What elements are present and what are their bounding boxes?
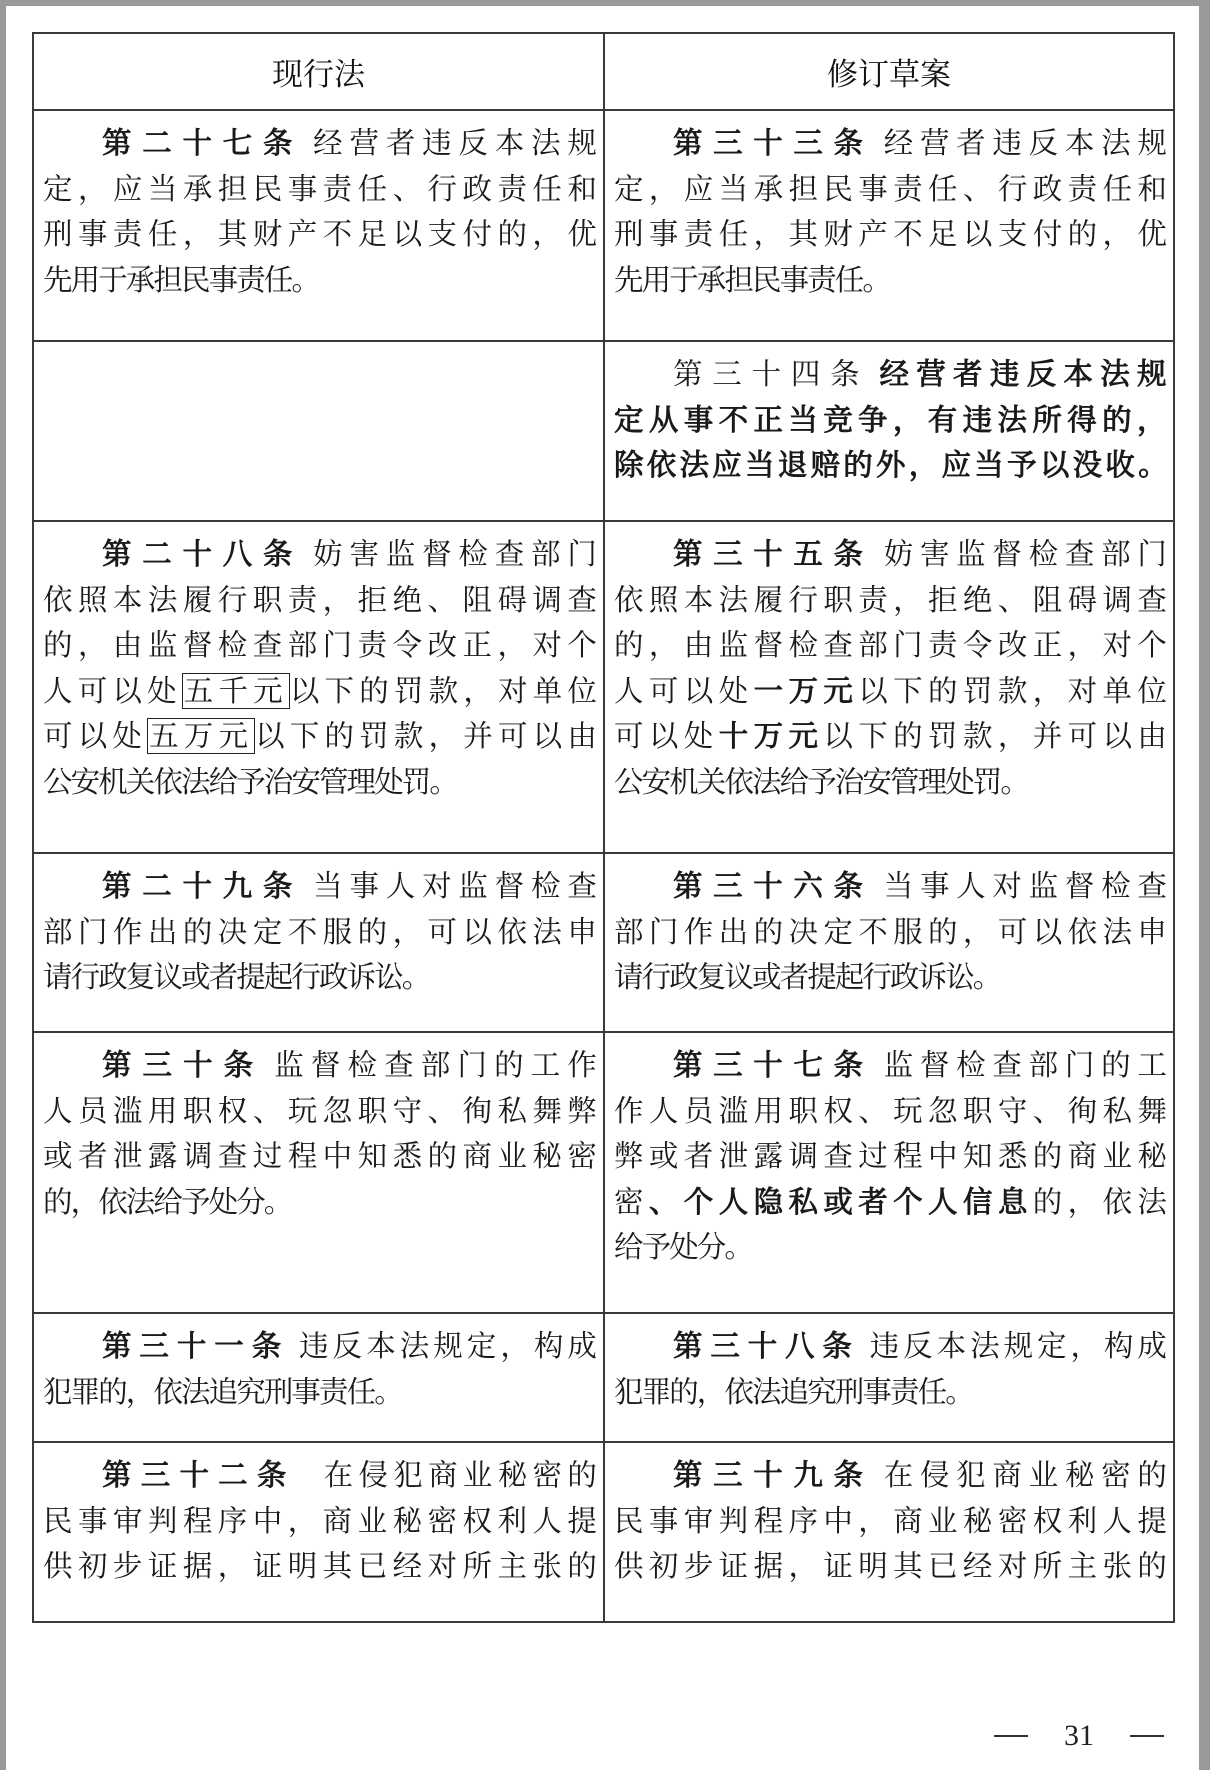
text-line: 依照本法履行职责，拒绝、阻碍调查 [43,578,595,624]
text-line: 定，应当承担民事责任、行政责任和 [614,167,1165,213]
text-line: 第三十四条经营者违反本法规 [614,352,1165,398]
table-row: 第三十二条在侵犯商业秘密的 民事审判程序中，商业秘密权利人提 供初步证据，证明其… [33,1442,1174,1622]
current-law-cell: 第三十一条违反本法规定，构成 犯罪的，依法追究刑事责任。 [33,1313,604,1442]
text-line: 第三十一条违反本法规定，构成 [43,1324,595,1370]
table-row: 第二十七条经营者违反本法规 定，应当承担民事责任、行政责任和 刑事责任，其财产不… [33,110,1174,341]
article-number: 第三十四条 [673,357,869,391]
revised-draft-cell: 第三十六条当事人对监督检查 部门作出的决定不服的，可以依法申 请行政复议或者提起… [604,853,1174,1032]
article-number: 第三十七条 [673,1048,874,1082]
current-law-cell: 第三十二条在侵犯商业秘密的 民事审判程序中，商业秘密权利人提 供初步证据，证明其… [33,1442,604,1622]
text-line: 除依法应当退赔的外，应当予以没收。 [614,443,1165,489]
text-line: 第三十六条当事人对监督检查 [614,864,1165,910]
current-law-cell-empty [33,341,604,521]
text-line: 犯罪的，依法追究刑事责任。 [614,1370,1165,1416]
text-line: 作人员滥用职权、玩忽职守、徇私舞 [614,1089,1165,1135]
article-number: 第二十九条 [102,869,303,903]
text-line: 第二十八条妨害监督检查部门 [43,532,595,578]
comparison-table: 现行法 修订草案 第二十七条经营者违反本法规 定，应当承担民事责任、行政责任和 … [32,32,1175,1623]
text-line: 民事审判程序中，商业秘密权利人提 [614,1499,1165,1545]
text-line: 请行政复议或者提起行政诉讼。 [43,955,595,1001]
text-line: 民事审判程序中，商业秘密权利人提 [43,1499,595,1545]
current-law-cell: 第二十七条经营者违反本法规 定，应当承担民事责任、行政责任和 刑事责任，其财产不… [33,110,604,341]
text-line: 刑事责任，其财产不足以支付的，优 [614,212,1165,258]
bold-amount: 十万元 [719,719,824,753]
text-line: 人可以处一万元以下的罚款，对单位 [614,669,1165,715]
text-line: 第三十二条在侵犯商业秘密的 [43,1453,595,1499]
text-line: 依照本法履行职责，拒绝、阻碍调查 [614,578,1165,624]
bold-amount: 一万元 [754,674,859,708]
text-line: 供初步证据，证明其已经对所主张的 [43,1544,595,1590]
current-law-cell: 第二十八条妨害监督检查部门 依照本法履行职责，拒绝、阻碍调查 的，由监督检查部门… [33,521,604,853]
article-number: 第三十二条 [102,1458,296,1492]
revised-draft-cell: 第三十七条监督检查部门的工 作人员滥用职权、玩忽职守、徇私舞 弊或者泄露调查过程… [604,1032,1174,1313]
current-law-cell: 第三十条监督检查部门的工作 人员滥用职权、玩忽职守、徇私舞弊 或者泄露调查过程中… [33,1032,604,1313]
text-line: 第三十八条违反本法规定，构成 [614,1324,1165,1370]
revised-draft-cell: 第三十四条经营者违反本法规 定从事不正当竞争，有违法所得的， 除依法应当退赔的外… [604,341,1174,521]
bold-added-text: 、个人隐私或者个人信息 [649,1185,1033,1219]
header-current-law: 现行法 [33,33,604,110]
text-line: 定，应当承担民事责任、行政责任和 [43,167,595,213]
text-line: 供初步证据，证明其已经对所主张的 [614,1544,1165,1590]
boxed-amount: 五万元 [147,718,255,754]
text-line: 第二十九条当事人对监督检查 [43,864,595,910]
article-number: 第三十条 [102,1048,264,1082]
text-line: 第三十三条经营者违反本法规 [614,121,1165,167]
revised-draft-cell: 第三十五条妨害监督检查部门 依照本法履行职责，拒绝、阻碍调查 的，由监督检查部门… [604,521,1174,853]
text-line: 的，由监督检查部门责令改正，对个 [614,623,1165,669]
text-line: 给予处分。 [614,1225,1165,1271]
text-line: 犯罪的，依法追究刑事责任。 [43,1370,595,1416]
table-row: 第三十一条违反本法规定，构成 犯罪的，依法追究刑事责任。 第三十八条违反本法规定… [33,1313,1174,1442]
text-line: 可以处十万元以下的罚款，并可以由 [614,714,1165,760]
page-number: 31 [1064,1719,1094,1753]
article-number: 第三十三条 [673,126,874,160]
document-page: 现行法 修订草案 第二十七条经营者违反本法规 定，应当承担民事责任、行政责任和 … [6,6,1199,1770]
text-line: 人员滥用职权、玩忽职守、徇私舞弊 [43,1089,595,1135]
article-number: 第三十八条 [673,1329,860,1363]
text-line: 公安机关依法给予治安管理处罚。 [43,760,595,806]
text-line: 的，由监督检查部门责令改正，对个 [43,623,595,669]
dash-right [1130,1735,1164,1737]
text-line: 第三十七条监督检查部门的工 [614,1043,1165,1089]
table-row: 第三十四条经营者违反本法规 定从事不正当竞争，有违法所得的， 除依法应当退赔的外… [33,341,1174,521]
article-number: 第二十八条 [102,537,303,571]
table-header-row: 现行法 修订草案 [33,33,1174,110]
current-law-cell: 第二十九条当事人对监督检查 部门作出的决定不服的，可以依法申 请行政复议或者提起… [33,853,604,1032]
text-line: 密、个人隐私或者个人信息的，依法 [614,1180,1165,1226]
text-line: 请行政复议或者提起行政诉讼。 [614,955,1165,1001]
article-number: 第三十九条 [673,1458,874,1492]
text-line: 部门作出的决定不服的，可以依法申 [43,910,595,956]
text-line: 刑事责任，其财产不足以支付的，优 [43,212,595,258]
dash-left [994,1735,1028,1737]
text-line: 先用于承担民事责任。 [43,258,595,304]
article-number: 第三十一条 [102,1329,289,1363]
text-line: 或者泄露调查过程中知悉的商业秘密 [43,1134,595,1180]
text-line: 可以处五万元以下的罚款，并可以由 [43,714,595,760]
text-line: 第三十九条在侵犯商业秘密的 [614,1453,1165,1499]
text-line: 先用于承担民事责任。 [614,258,1165,304]
text-line: 人可以处五千元以下的罚款，对单位 [43,669,595,715]
article-number: 第三十五条 [673,537,874,571]
article-number: 第三十六条 [673,869,874,903]
page-footer: 31 [994,1716,1164,1756]
text-line: 第三十条监督检查部门的工作 [43,1043,595,1089]
header-revised-draft: 修订草案 [604,33,1174,110]
text-line: 的，依法给予处分。 [43,1180,595,1226]
text-line: 定从事不正当竞争，有违法所得的， [614,398,1165,444]
table-row: 第二十八条妨害监督检查部门 依照本法履行职责，拒绝、阻碍调查 的，由监督检查部门… [33,521,1174,853]
text-line: 弊或者泄露调查过程中知悉的商业秘 [614,1134,1165,1180]
table-row: 第二十九条当事人对监督检查 部门作出的决定不服的，可以依法申 请行政复议或者提起… [33,853,1174,1032]
text-line: 第三十五条妨害监督检查部门 [614,532,1165,578]
text-line: 公安机关依法给予治安管理处罚。 [614,760,1165,806]
table-row: 第三十条监督检查部门的工作 人员滥用职权、玩忽职守、徇私舞弊 或者泄露调查过程中… [33,1032,1174,1313]
boxed-amount: 五千元 [182,673,290,709]
revised-draft-cell: 第三十九条在侵犯商业秘密的 民事审判程序中，商业秘密权利人提 供初步证据，证明其… [604,1442,1174,1622]
text-line: 部门作出的决定不服的，可以依法申 [614,910,1165,956]
article-number: 第二十七条 [102,126,303,160]
revised-draft-cell: 第三十八条违反本法规定，构成 犯罪的，依法追究刑事责任。 [604,1313,1174,1442]
text-line: 第二十七条经营者违反本法规 [43,121,595,167]
revised-draft-cell: 第三十三条经营者违反本法规 定，应当承担民事责任、行政责任和 刑事责任，其财产不… [604,110,1174,341]
